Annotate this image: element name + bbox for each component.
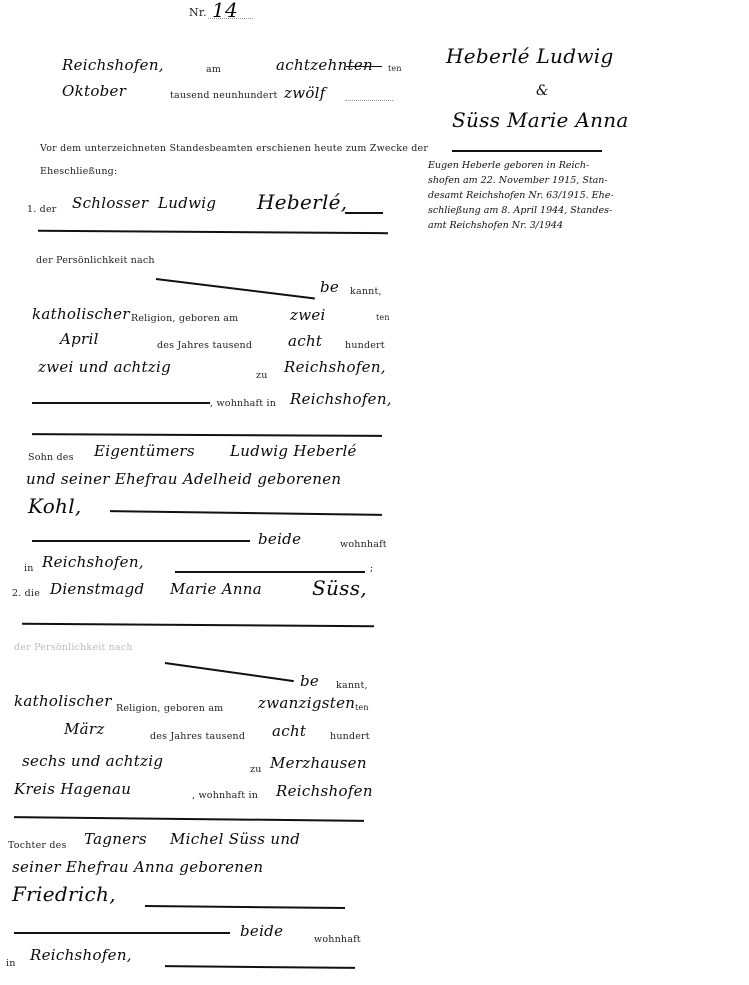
- bride-religion: katholischer: [14, 692, 112, 710]
- bride-parents-residence: Reichshofen,: [30, 946, 132, 964]
- bride-birth-day: zwanzigsten: [258, 694, 355, 712]
- filler-rule: [32, 540, 250, 542]
- bride-residence: Reichshofen: [276, 782, 373, 800]
- daughter-label: Tochter des: [8, 840, 67, 851]
- dotted-rule: [345, 100, 393, 101]
- groom-birth-month: April: [60, 330, 99, 348]
- registry-month: Oktober: [62, 82, 126, 100]
- annotation-line: amt Reichshofen Nr. 3/1944: [428, 218, 614, 233]
- groom-known-label: kannt,: [350, 286, 382, 297]
- groom-residence-label: , wohnhaft in: [210, 398, 276, 409]
- tausend-label: tausend neunhundert: [170, 90, 278, 101]
- hundert-label: hundert: [345, 340, 385, 351]
- groom-father-occupation: Eigentümers: [94, 442, 195, 460]
- bride-occupation: Dienstmagd: [50, 580, 144, 598]
- zu-label: zu: [256, 370, 268, 381]
- bride-residence-label: , wohnhaft in: [192, 790, 258, 801]
- filler-rule: [345, 212, 383, 214]
- groom-both-hand: beide: [258, 530, 301, 548]
- bride-first-names: Marie Anna: [170, 580, 262, 598]
- bride-religion-label: Religion, geboren am: [116, 703, 223, 714]
- filler-rule: [145, 905, 345, 909]
- filler-rule: [32, 433, 382, 437]
- bride-father-name: Michel Süss und: [170, 830, 300, 848]
- bride-mother-line: seiner Ehefrau Anna geborenen: [12, 858, 263, 876]
- son-label: Sohn des: [28, 452, 74, 463]
- bride-known-label: kannt,: [336, 680, 368, 691]
- bride-mother-maiden: Friedrich,: [12, 882, 116, 906]
- groom-occupation: Schlosser: [72, 194, 148, 212]
- filler-rule: [14, 932, 230, 934]
- dotted-rule: [208, 18, 253, 19]
- groom-residence: Reichshofen,: [290, 390, 392, 408]
- annotation-line: Eugen Heberle geboren in Reich-: [428, 158, 614, 173]
- groom-religion-label: Religion, geboren am: [131, 313, 238, 324]
- groom-prefix: 1. der: [27, 204, 57, 215]
- groom-mother-line: und seiner Ehefrau Adelheid geborenen: [26, 470, 341, 488]
- bride-birth-year: sechs und achtzig: [22, 752, 163, 770]
- filler-rule: [346, 66, 382, 67]
- groom-first-name: Ludwig: [158, 194, 216, 212]
- filler-rule: [14, 816, 364, 822]
- margin-rule: [452, 150, 602, 152]
- groom-last-name: Heberlé,: [257, 190, 347, 214]
- am-label: am: [206, 64, 221, 75]
- margin-groom-name: Heberlé Ludwig: [446, 44, 614, 68]
- groom-personality-label: der Persönlichkeit nach: [36, 255, 155, 266]
- annotation-line: schließung am 8. April 1944, Standes-: [428, 203, 614, 218]
- registry-place: Reichshofen,: [62, 56, 164, 74]
- margin-bride-name: Süss Marie Anna: [452, 108, 629, 132]
- intro-line-1: Vor dem unterzeichneten Standesbeamten e…: [40, 143, 428, 154]
- groom-known-prefix: be: [320, 278, 339, 296]
- filler-rule: [165, 965, 355, 968]
- registry-day: achtzehnten: [276, 56, 373, 74]
- record-number-label: Nr.: [189, 6, 207, 19]
- filler-rule: [175, 571, 365, 573]
- bride-father-occupation: Tagners: [84, 830, 147, 848]
- bride-prefix: 2. die: [12, 588, 40, 599]
- bride-both-hand: beide: [240, 922, 283, 940]
- resident-label: wohnhaft: [340, 539, 387, 550]
- groom-parents-residence: Reichshofen,: [42, 553, 144, 571]
- ten-label: ten: [388, 64, 402, 73]
- resident-label: wohnhaft: [314, 934, 361, 945]
- groom-mother-maiden: Kohl,: [28, 494, 82, 518]
- bride-year-label: des Jahres tausend: [150, 731, 245, 742]
- bride-last-name: Süss,: [312, 576, 367, 600]
- registry-year: zwölf: [284, 84, 326, 102]
- bride-personality-label: der Persönlichkeit nach: [14, 642, 133, 653]
- zu-label: zu: [250, 764, 262, 775]
- bride-known-prefix: be: [300, 672, 319, 690]
- margin-annotation: Eugen Heberle geboren in Reich- shofen a…: [428, 158, 614, 233]
- in-label: in: [6, 958, 16, 969]
- strike-rule: [156, 278, 315, 299]
- annotation-line: desamt Reichshofen Nr. 63/1915. Ehe-: [428, 188, 614, 203]
- bride-birth-century: acht: [272, 722, 306, 740]
- filler-rule: [22, 623, 374, 627]
- ten-label: ten: [376, 313, 390, 322]
- filler-rule: [32, 402, 210, 404]
- hundert-label: hundert: [330, 731, 370, 742]
- groom-birth-place: Reichshofen,: [284, 358, 386, 376]
- groom-year-label: des Jahres tausend: [157, 340, 252, 351]
- bride-birth-month: März: [64, 720, 105, 738]
- semicolon: ;: [370, 563, 373, 574]
- strike-rule: [165, 662, 294, 682]
- bride-birth-district: Kreis Hagenau: [14, 780, 131, 798]
- ten-label: ten: [355, 703, 369, 712]
- groom-father-name: Ludwig Heberlé: [230, 442, 357, 460]
- in-label: in: [24, 563, 34, 574]
- groom-birth-year: zwei und achtzig: [38, 358, 171, 376]
- intro-line-2: Eheschließung:: [40, 166, 117, 177]
- bride-birth-place: Merzhausen: [270, 754, 367, 772]
- filler-rule: [38, 230, 388, 234]
- groom-birth-century: acht: [288, 332, 322, 350]
- annotation-line: shofen am 22. November 1915, Stan-: [428, 173, 614, 188]
- filler-rule: [110, 510, 382, 515]
- groom-religion: katholischer: [32, 305, 130, 323]
- groom-birth-day: zwei: [290, 306, 326, 324]
- margin-ampersand: &: [536, 83, 549, 99]
